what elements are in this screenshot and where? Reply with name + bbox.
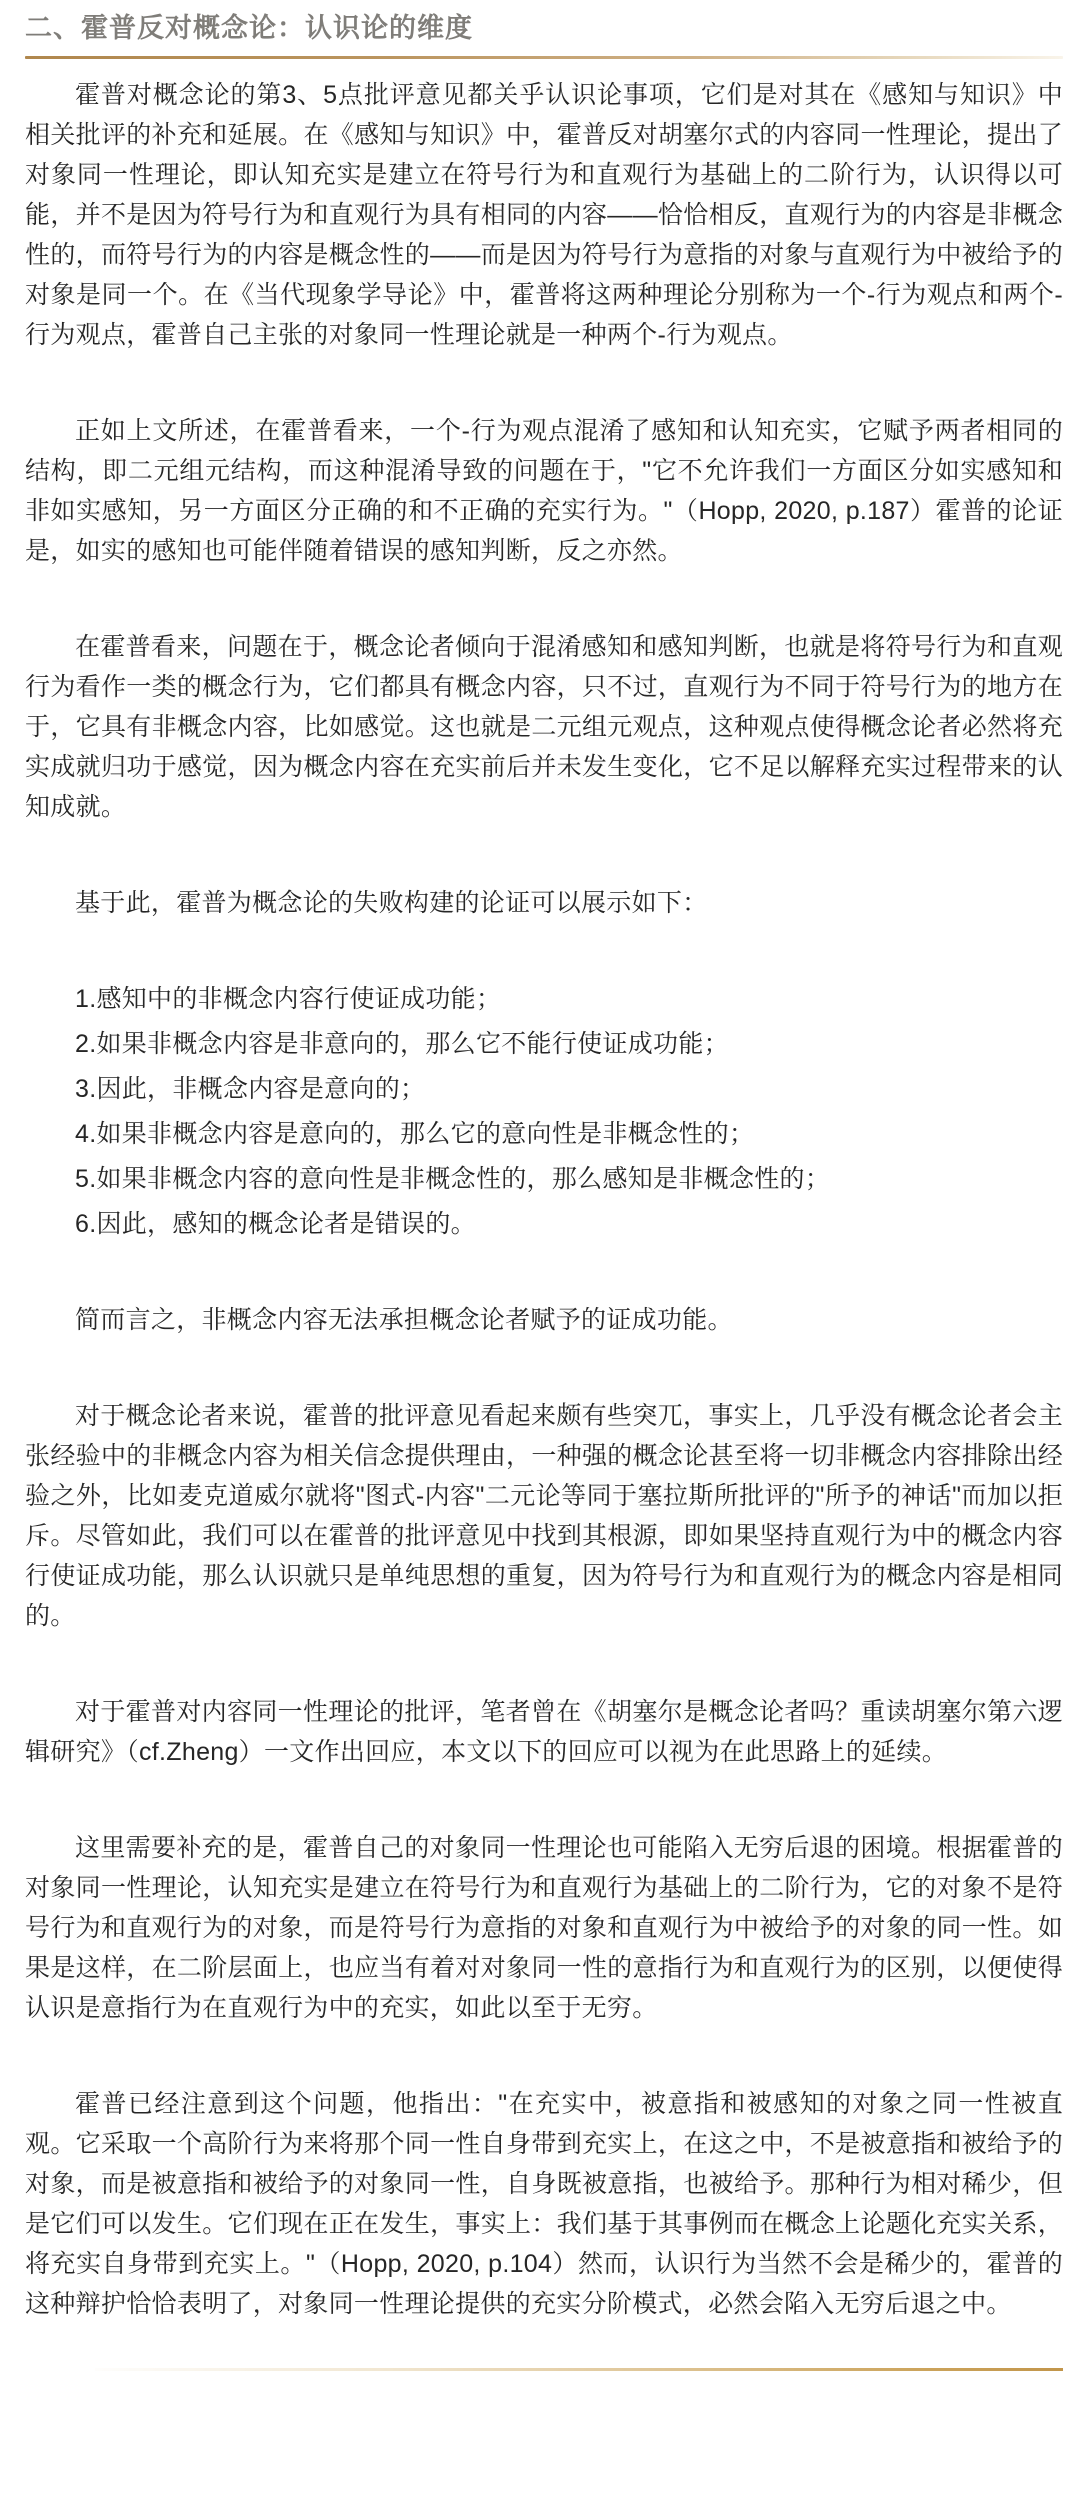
paragraph: 霍普对概念论的第3、5点批评意见都关乎认识论事项，它们是对其在《感知与知识》中相… [25, 75, 1063, 355]
paragraph: 正如上文所述，在霍普看来，一个-行为观点混淆了感知和认知充实，它赋予两者相同的结… [25, 411, 1063, 571]
argument-item: 1.感知中的非概念内容行使证成功能； [25, 979, 1063, 1019]
bottom-divider [95, 2368, 1063, 2371]
paragraph: 霍普已经注意到这个问题，他指出："在充实中，被意指和被感知的对象之同一性被直观。… [25, 2084, 1063, 2324]
paragraph: 简而言之，非概念内容无法承担概念论者赋予的证成功能。 [25, 1300, 1063, 1340]
article-page: 二、霍普反对概念论：认识论的维度 霍普对概念论的第3、5点批评意见都关乎认识论事… [0, 0, 1087, 2391]
paragraph: 对于概念论者来说，霍普的批评意见看起来颇有些突兀，事实上，几乎没有概念论者会主张… [25, 1396, 1063, 1636]
paragraph: 对于霍普对内容同一性理论的批评，笔者曾在《胡塞尔是概念论者吗？重读胡塞尔第六逻辑… [25, 1692, 1063, 1772]
argument-item: 2.如果非概念内容是非意向的，那么它不能行使证成功能； [25, 1024, 1063, 1064]
paragraph: 基于此，霍普为概念论的失败构建的论证可以展示如下： [25, 883, 1063, 923]
section-title: 二、霍普反对概念论：认识论的维度 [25, 10, 1063, 46]
argument-item: 5.如果非概念内容的意向性是非概念性的，那么感知是非概念性的； [25, 1159, 1063, 1199]
argument-item: 6.因此，感知的概念论者是错误的。 [25, 1204, 1063, 1244]
argument-item: 4.如果非概念内容是意向的，那么它的意向性是非概念性的； [25, 1114, 1063, 1154]
paragraph: 这里需要补充的是，霍普自己的对象同一性理论也可能陷入无穷后退的困境。根据霍普的对… [25, 1828, 1063, 2028]
title-underline [25, 56, 1063, 59]
paragraph: 在霍普看来，问题在于，概念论者倾向于混淆感知和感知判断，也就是将符号行为和直观行… [25, 627, 1063, 827]
argument-item: 3.因此，非概念内容是意向的； [25, 1069, 1063, 1109]
argument-list: 1.感知中的非概念内容行使证成功能； 2.如果非概念内容是非意向的，那么它不能行… [25, 979, 1063, 1244]
